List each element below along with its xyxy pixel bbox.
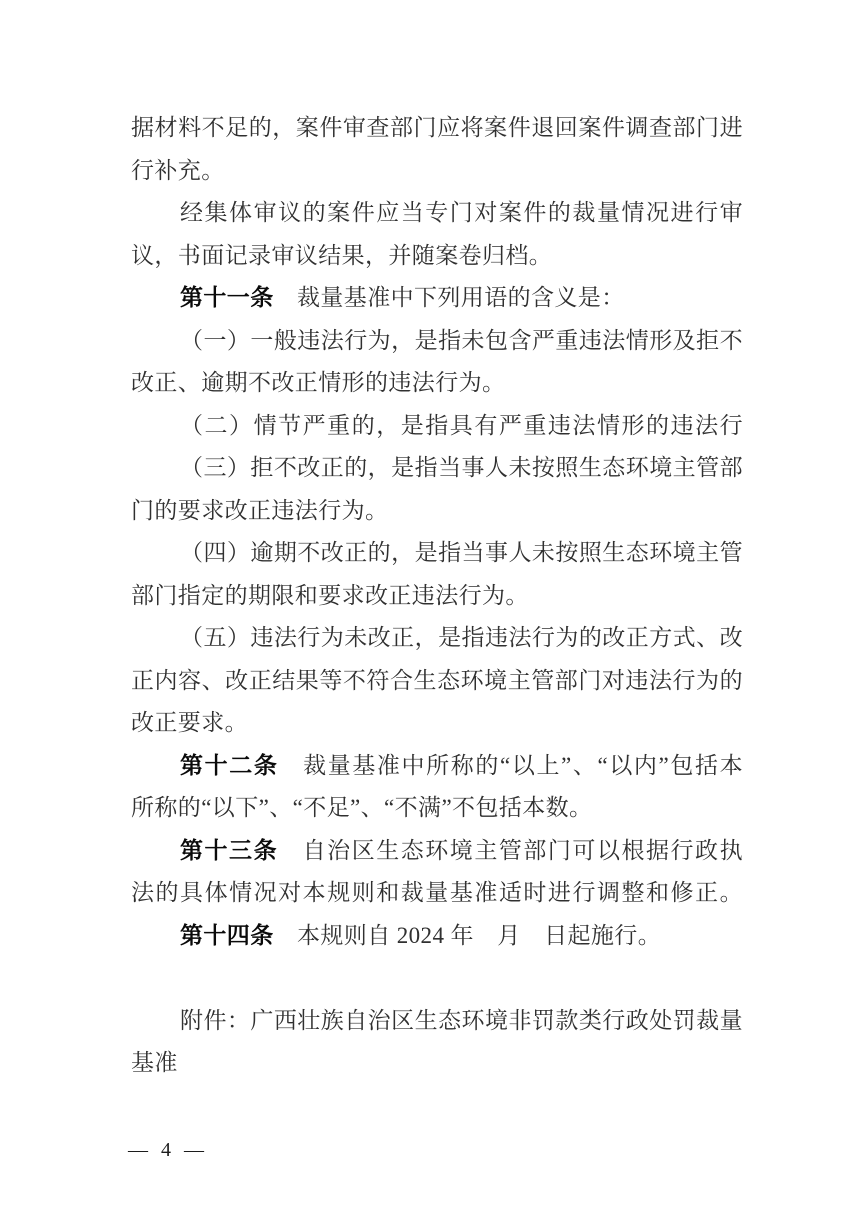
line-text: 裁量基准中下列用语的含义是： — [274, 285, 625, 310]
text-line: 改正要求。 — [131, 702, 743, 745]
text-line: 正内容、改正结果等不符合生态环境主管部门对违法行为的 — [131, 660, 743, 703]
text-line: （五）违法行为未改正，是指违法行为的改正方式、改 — [131, 617, 743, 660]
text-line: 改正、逾期不改正情形的违法行为。 — [131, 362, 743, 405]
text-line: 经集体审议的案件应当专门对案件的裁量情况进行审 — [131, 192, 743, 235]
document-body: 据材料不足的，案件审查部门应将案件退回案件调查部门进 行补充。 经集体审议的案件… — [131, 107, 743, 1085]
article-number: 第十四条 — [180, 923, 274, 948]
line-text: 自治区生态环境主管部门可以根据行政执 — [278, 838, 743, 863]
text-line: （四）逾期不改正的，是指当事人未按照生态环境主管 — [131, 532, 743, 575]
attachment-note-line: 基准 — [131, 1042, 743, 1085]
text-line: （二）情节严重的，是指具有严重违法情形的违法行为。 — [131, 405, 743, 448]
text-line: 第十一条 裁量基准中下列用语的含义是： — [131, 277, 743, 320]
attachment-note-line: 附件：广西壮族自治区生态环境非罚款类行政处罚裁量 — [131, 1000, 743, 1043]
article-number: 第十三条 — [180, 838, 278, 863]
text-line: 部门指定的期限和要求改正违法行为。 — [131, 575, 743, 618]
text-line: 议，书面记录审议结果，并随案卷归档。 — [131, 235, 743, 278]
text-line: （一）一般违法行为，是指未包含严重违法情形及拒不 — [131, 320, 743, 363]
line-text: 本规则自 2024 年 月 日起施行。 — [274, 923, 662, 948]
article-number: 第十一条 — [180, 285, 274, 310]
article-number: 第十二条 — [180, 753, 278, 778]
text-line: 据材料不足的，案件审查部门应将案件退回案件调查部门进 — [131, 107, 743, 150]
text-line: 所称的“以下”、“不足”、“不满”不包括本数。 — [131, 787, 743, 830]
text-line: 第十三条 自治区生态环境主管部门可以根据行政执 — [131, 830, 743, 873]
text-line: 门的要求改正违法行为。 — [131, 490, 743, 533]
text-line: 行补充。 — [131, 150, 743, 193]
text-line: 法的具体情况对本规则和裁量基准适时进行调整和修正。 — [131, 872, 743, 915]
text-line: 第十四条 本规则自 2024 年 月 日起施行。 — [131, 915, 743, 958]
text-line: （三）拒不改正的，是指当事人未按照生态环境主管部 — [131, 447, 743, 490]
document-page: 据材料不足的，案件审查部门应将案件退回案件调查部门进 行补充。 经集体审议的案件… — [0, 0, 868, 1227]
text-line: 第十二条 裁量基准中所称的“以上”、“以内”包括本数， — [131, 745, 743, 788]
page-number: — 4 — — [128, 1138, 205, 1162]
